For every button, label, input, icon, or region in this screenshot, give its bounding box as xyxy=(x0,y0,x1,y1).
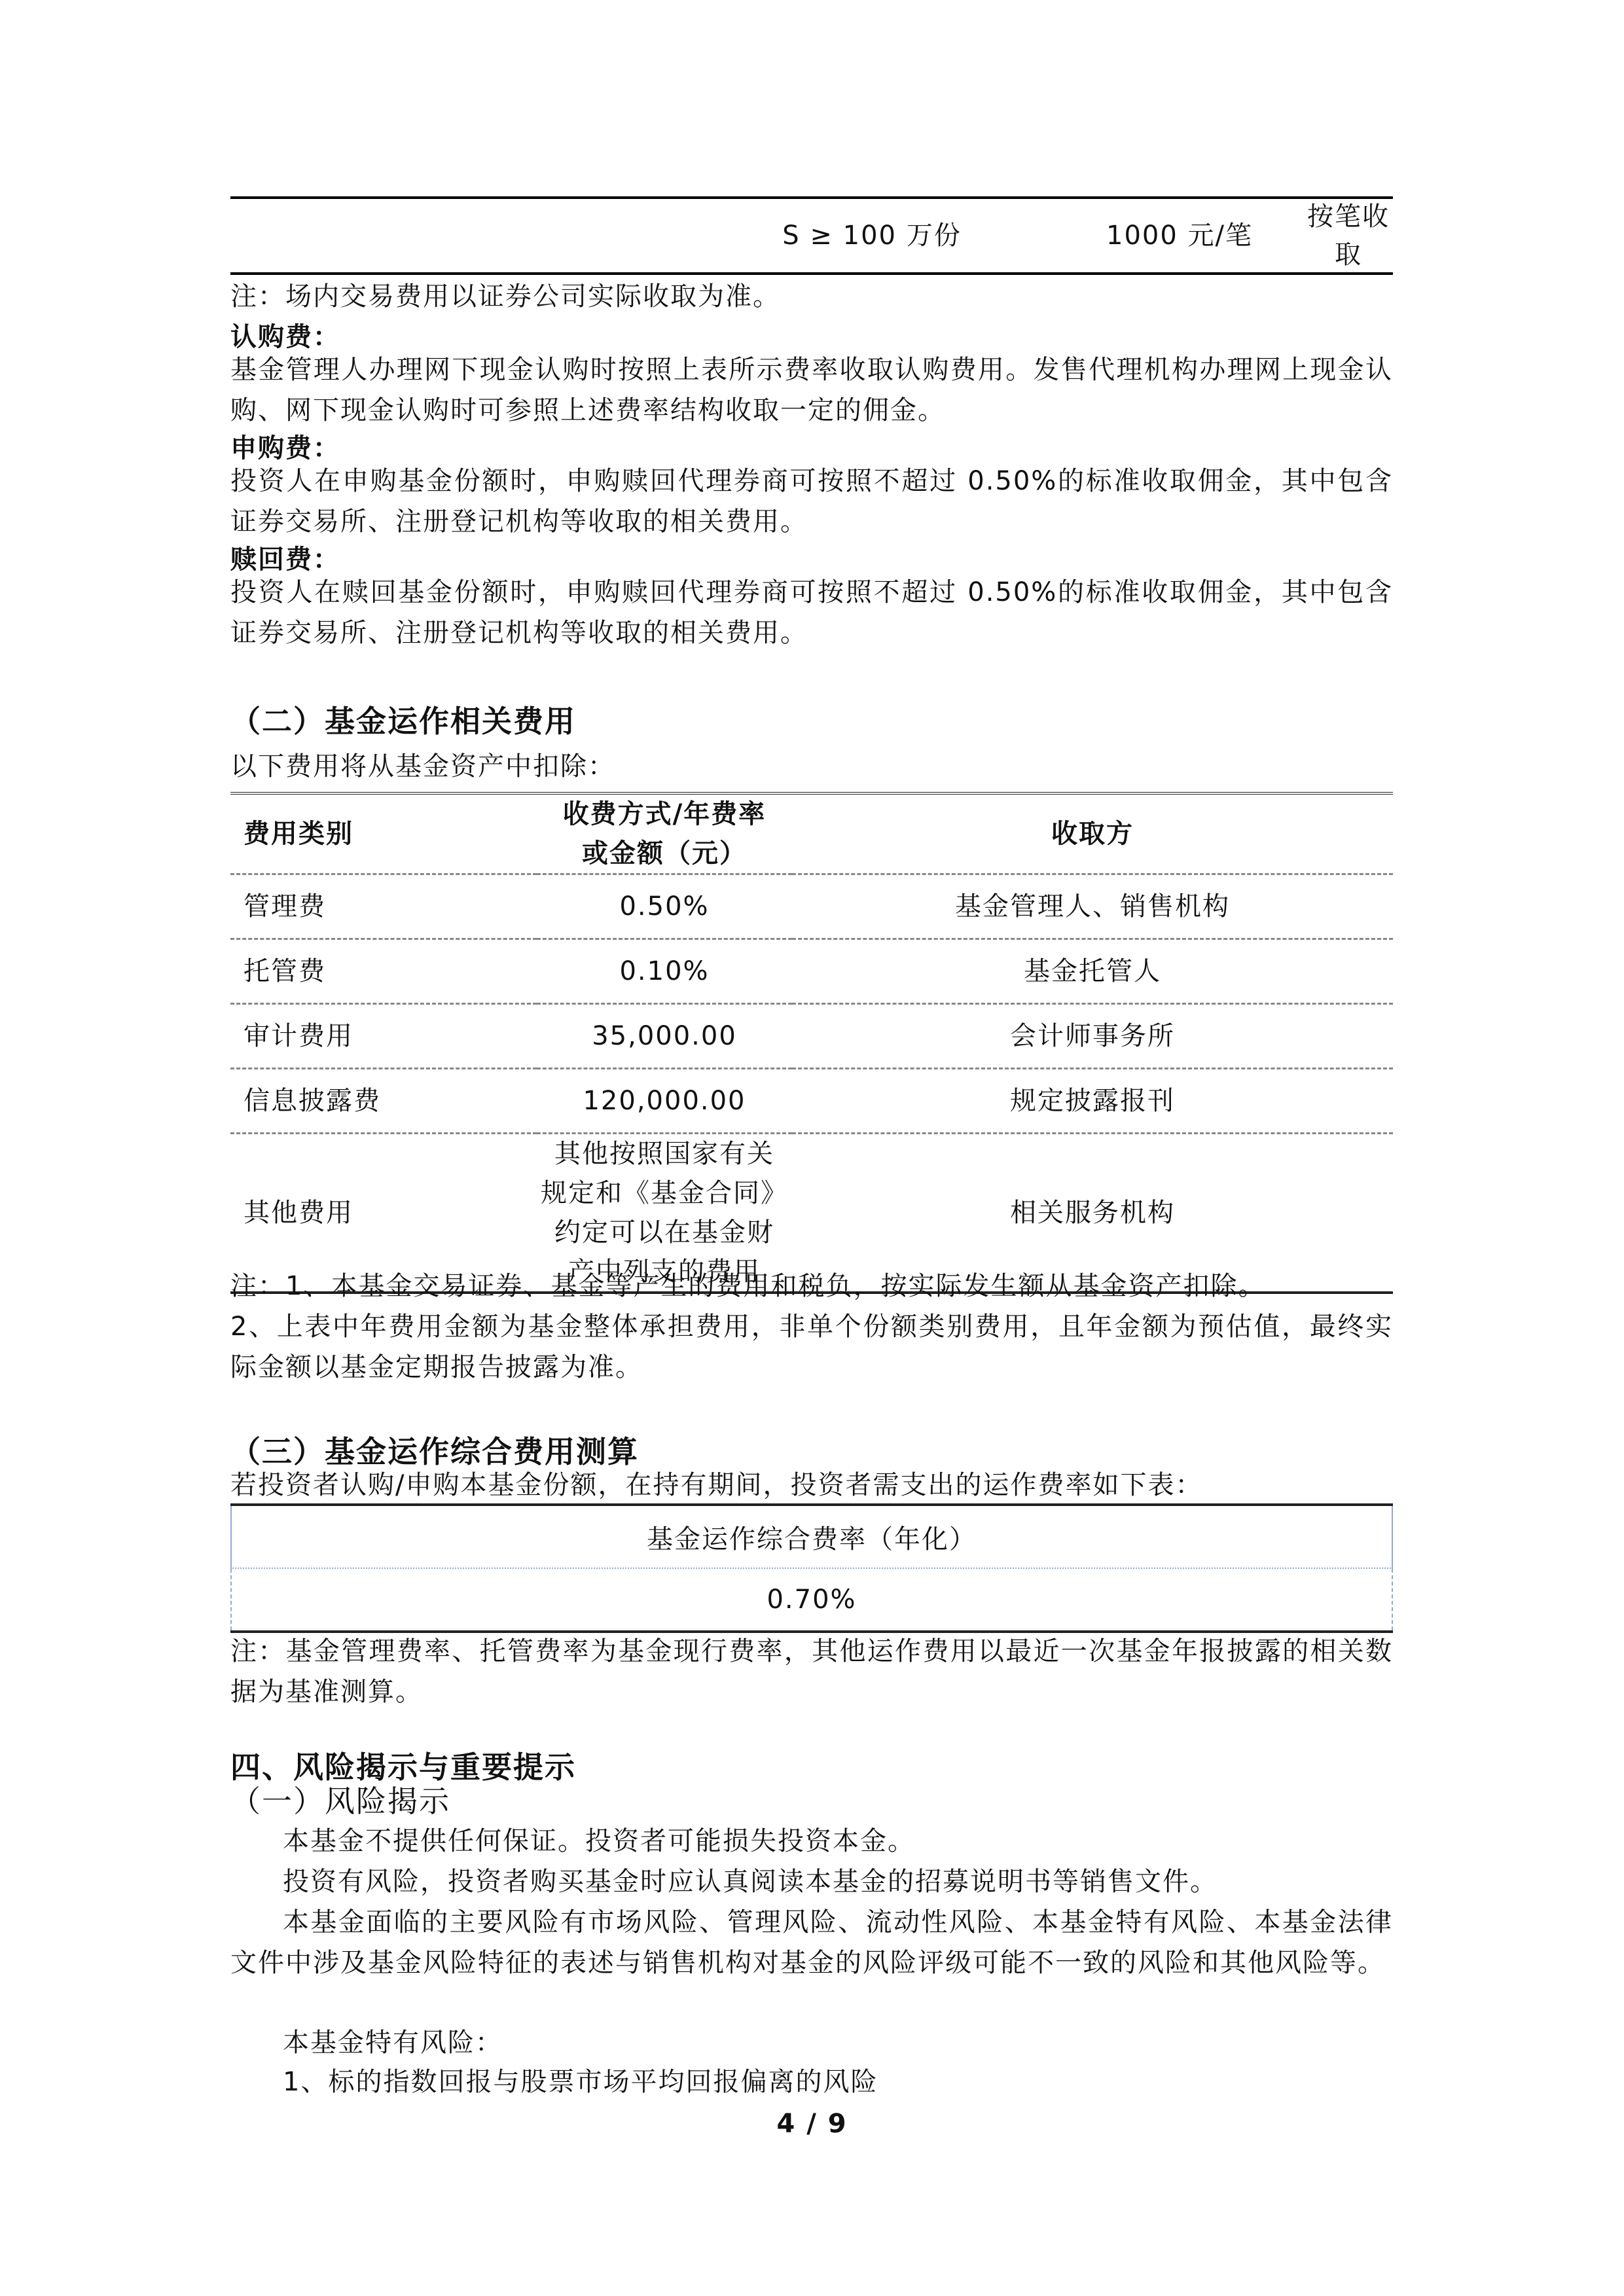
table-row: 管理费 0.50% 基金管理人、销售机构 xyxy=(230,874,1393,939)
risk-paragraph: 本基金特有风险： xyxy=(230,2022,1393,2063)
rate-cell: 35,000.00 xyxy=(537,1004,792,1069)
header-rate: 收费方式/年费率 或金额（元） xyxy=(537,793,792,874)
header-rate-line2: 或金额（元） xyxy=(537,834,792,873)
recipient-cell: 规定披露报刊 xyxy=(792,1069,1393,1134)
risk-paragraph: 投资有风险，投资者购买基金时应认真阅读本基金的招募说明书等销售文件。 xyxy=(230,1861,1393,1902)
category-cell: 托管费 xyxy=(230,939,537,1004)
comprehensive-note: 注：基金管理费率、托管费率为基金现行费率，其他运作费用以最近一次基金年报披露的相… xyxy=(230,1631,1393,1712)
table-header-row: 费用类别 收费方式/年费率 或金额（元） 收取方 xyxy=(230,793,1393,874)
category-cell: 管理费 xyxy=(230,874,537,939)
header-recipient: 收取方 xyxy=(792,793,1393,874)
rate-line: 约定可以在基金财 xyxy=(537,1213,792,1252)
comprehensive-fee-header: 基金运作综合费率（年化） xyxy=(230,1506,1393,1569)
recipient-cell: 基金托管人 xyxy=(792,939,1393,1004)
rate-line: 其他按照国家有关 xyxy=(537,1134,792,1174)
header-category: 费用类别 xyxy=(230,793,537,874)
rate-cell: 0.10% xyxy=(537,939,792,1004)
section-operating-fees-title: （二）基金运作相关费用 xyxy=(230,702,576,741)
section-risk-subtitle: （一）风险揭示 xyxy=(230,1782,450,1821)
rate-line: 规定和《基金合同》 xyxy=(537,1174,792,1213)
subscription-fee-body: 基金管理人办理网下现金认购时按照上表所示费率收取认购费用。发售代理机构办理网上现… xyxy=(230,350,1393,431)
recipient-cell: 会计师事务所 xyxy=(792,1004,1393,1069)
rate-cell: 120,000.00 xyxy=(537,1069,792,1134)
risk-paragraph: 本基金面临的主要风险有市场风险、管理风险、流动性风险、本基金特有风险、本基金法律… xyxy=(230,1902,1393,1983)
table-row: 托管费 0.10% 基金托管人 xyxy=(230,939,1393,1004)
fee-table-continued: S ≥ 100 万份 1000 元/笔 按笔收取 xyxy=(230,196,1393,275)
charge-method-cell: 按笔收取 xyxy=(1304,199,1393,272)
category-cell: 审计费用 xyxy=(230,1004,537,1069)
operating-fees-note-2: 2、上表中年费用金额为基金整体承担费用，非单个份额类别费用，且年金额为预估值，最… xyxy=(230,1306,1393,1388)
section-operating-fees-intro: 以下费用将从基金资产中扣除： xyxy=(230,746,615,787)
fee-cell: 1000 元/笔 xyxy=(1055,199,1304,272)
note-exchange: 注：场内交易费用以证券公司实际收取为准。 xyxy=(230,276,780,317)
table-row: 信息披露费 120,000.00 规定披露报刊 xyxy=(230,1069,1393,1134)
recipient-cell: 基金管理人、销售机构 xyxy=(792,874,1393,939)
page-number: 4 / 9 xyxy=(0,2109,1624,2139)
comprehensive-fee-value: 0.70% xyxy=(230,1569,1393,1630)
section-comprehensive-intro: 若投资者认购/申购本基金份额，在持有期间，投资者需支出的运作费率如下表： xyxy=(230,1465,1202,1505)
category-cell: 信息披露费 xyxy=(230,1069,537,1134)
redemption-fee-body: 投资人在赎回基金份额时，申购赎回代理券商可按照不超过 0.50%的标准收取佣金，… xyxy=(230,572,1393,653)
share-range-cell: S ≥ 100 万份 xyxy=(689,199,1055,272)
comprehensive-fee-table: 基金运作综合费率（年化） 0.70% xyxy=(230,1503,1393,1633)
risk-paragraph: 1、标的指数回报与股票市场平均回报偏离的风险 xyxy=(230,2062,1393,2102)
rate-cell: 0.50% xyxy=(537,874,792,939)
risk-paragraph: 本基金不提供任何保证。投资者可能损失投资本金。 xyxy=(230,1821,1393,1861)
header-rate-line1: 收费方式/年费率 xyxy=(537,795,792,834)
section-risk-title: 四、风险揭示与重要提示 xyxy=(230,1748,576,1787)
purchase-fee-body: 投资人在申购基金份额时，申购赎回代理券商可按照不超过 0.50%的标准收取佣金，… xyxy=(230,461,1393,542)
table-row: 审计费用 35,000.00 会计师事务所 xyxy=(230,1004,1393,1069)
operating-fees-table: 费用类别 收费方式/年费率 或金额（元） 收取方 管理费 0.50% 基金管理人… xyxy=(230,792,1393,1294)
operating-fees-note-1: 注：1、本基金交易证券、基金等产生的费用和税负，按实际发生额从基金资产扣除。 xyxy=(230,1266,1265,1306)
